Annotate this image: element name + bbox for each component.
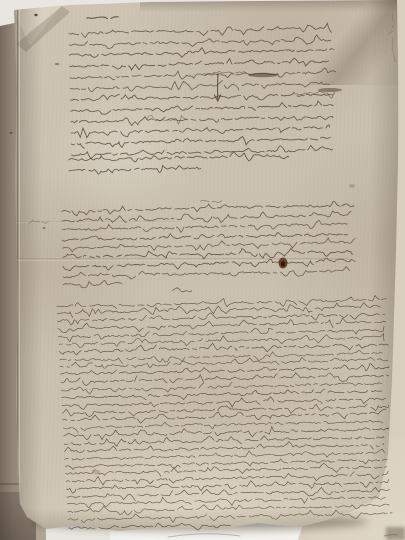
stain-heavy-insert-smear	[318, 88, 342, 92]
handwriting-block-salutation-paragraph	[69, 23, 337, 159]
stain-margin-speck-1	[10, 132, 13, 134]
handwriting-svg	[0, 0, 405, 540]
stain-margin-speck-2	[55, 63, 59, 65]
stain-ink-speck-top-left	[34, 14, 37, 16]
stain-fox-spot-2	[92, 470, 100, 475]
stain-pencil-arc-table	[168, 534, 240, 537]
stain-strikethrough-smear	[248, 73, 278, 77]
handwriting-block-main-text-block	[57, 295, 393, 533]
stain-caret-stroke	[215, 74, 221, 101]
stain-wax-spot-core	[281, 261, 285, 267]
handwriting-block-copie-heading	[172, 287, 191, 292]
handwriting-block-interline-word-a	[204, 71, 246, 74]
handwriting-block-margin-mark	[29, 220, 49, 224]
handwriting-block-docket-word	[87, 17, 119, 19]
handwriting-block-second-paragraph	[62, 201, 356, 288]
stain-margin-speck-3	[43, 227, 46, 229]
handwriting-block-right-edge-vertical-note	[388, 14, 397, 62]
handwriting-block-superscript-word	[201, 200, 222, 203]
manuscript-photo: Photograph of an aged handwritten manusc…	[0, 0, 405, 540]
stain-fox-spot-1	[349, 184, 355, 188]
stain-back-sheet-edge-mark	[384, 535, 397, 536]
